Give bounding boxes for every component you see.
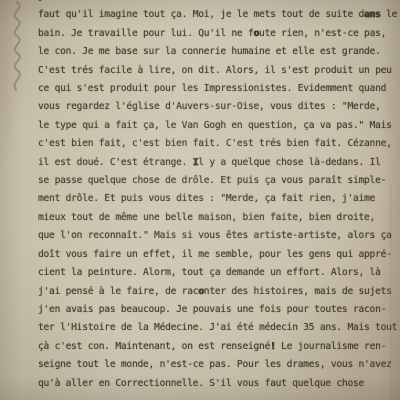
text-line: le con. Je me base sur la connerie humai… <box>38 43 400 61</box>
overstruck-characters: ! <box>270 341 276 352</box>
overstruck-characters: I <box>193 157 199 168</box>
text-line: ce qui s'est produit pour les Impression… <box>38 80 400 98</box>
typewritten-text: ja sur la vieille ....faut qu'il imagine… <box>38 0 400 393</box>
text-line: c'est bien fait, c'est bien fait. C'est … <box>38 135 400 153</box>
text-line: j'en avais pas beaucoup. Je pouvais une … <box>38 301 400 319</box>
overstruck-characters: ans <box>364 9 381 20</box>
overstruck-characters: o <box>198 286 204 297</box>
text-line: faut qu'il imagine tout ça. Moi, je le m… <box>38 6 400 24</box>
text-line: vous regardez l'église d'Auvers-sur-Oise… <box>38 98 400 116</box>
text-line: bain. Je travaille pour lui. Qu'il ne fo… <box>38 25 400 43</box>
text-line: C'est trés facile à lire, on dit. Alors,… <box>38 62 400 80</box>
text-line: j'ai pensé à le faire, de raconter des h… <box>38 283 400 301</box>
text-line: il est doué. C'est étrange. Il y a quelq… <box>38 154 400 172</box>
text-line: cient la peinture. Alorm, tout ça demand… <box>38 264 400 282</box>
photo-of-typewritten-page: ja sur la vieille ....faut qu'il imagine… <box>0 0 400 400</box>
text-line: çà c'est con. Maintenant, on est renseig… <box>38 338 400 356</box>
text-line: ment drôle. Et puis vous dites : "Merde,… <box>38 190 400 208</box>
text-line: mieux tout de même une belle maison, bie… <box>38 209 400 227</box>
text-line: que l'on reconnaît." Mais si vous êtes a… <box>38 227 400 245</box>
text-line: le type qui a fait ça, le Van Gogh en qu… <box>38 117 400 135</box>
pencil-squiggle-annotation <box>4 0 34 100</box>
overstruck-characters: o <box>254 28 260 39</box>
text-line: qu'à aller en Correctionnelle. S'il vous… <box>38 375 400 393</box>
text-line: seigne tout le monde, n'est-ce pas. Pour… <box>38 356 400 374</box>
text-line: se passe quelque chose de drôle. Et puis… <box>38 172 400 190</box>
text-line: doît vous faire un effet, il me semble, … <box>38 246 400 264</box>
text-line: ter l'Histoire de la Médecine. J'ai été … <box>38 319 400 337</box>
